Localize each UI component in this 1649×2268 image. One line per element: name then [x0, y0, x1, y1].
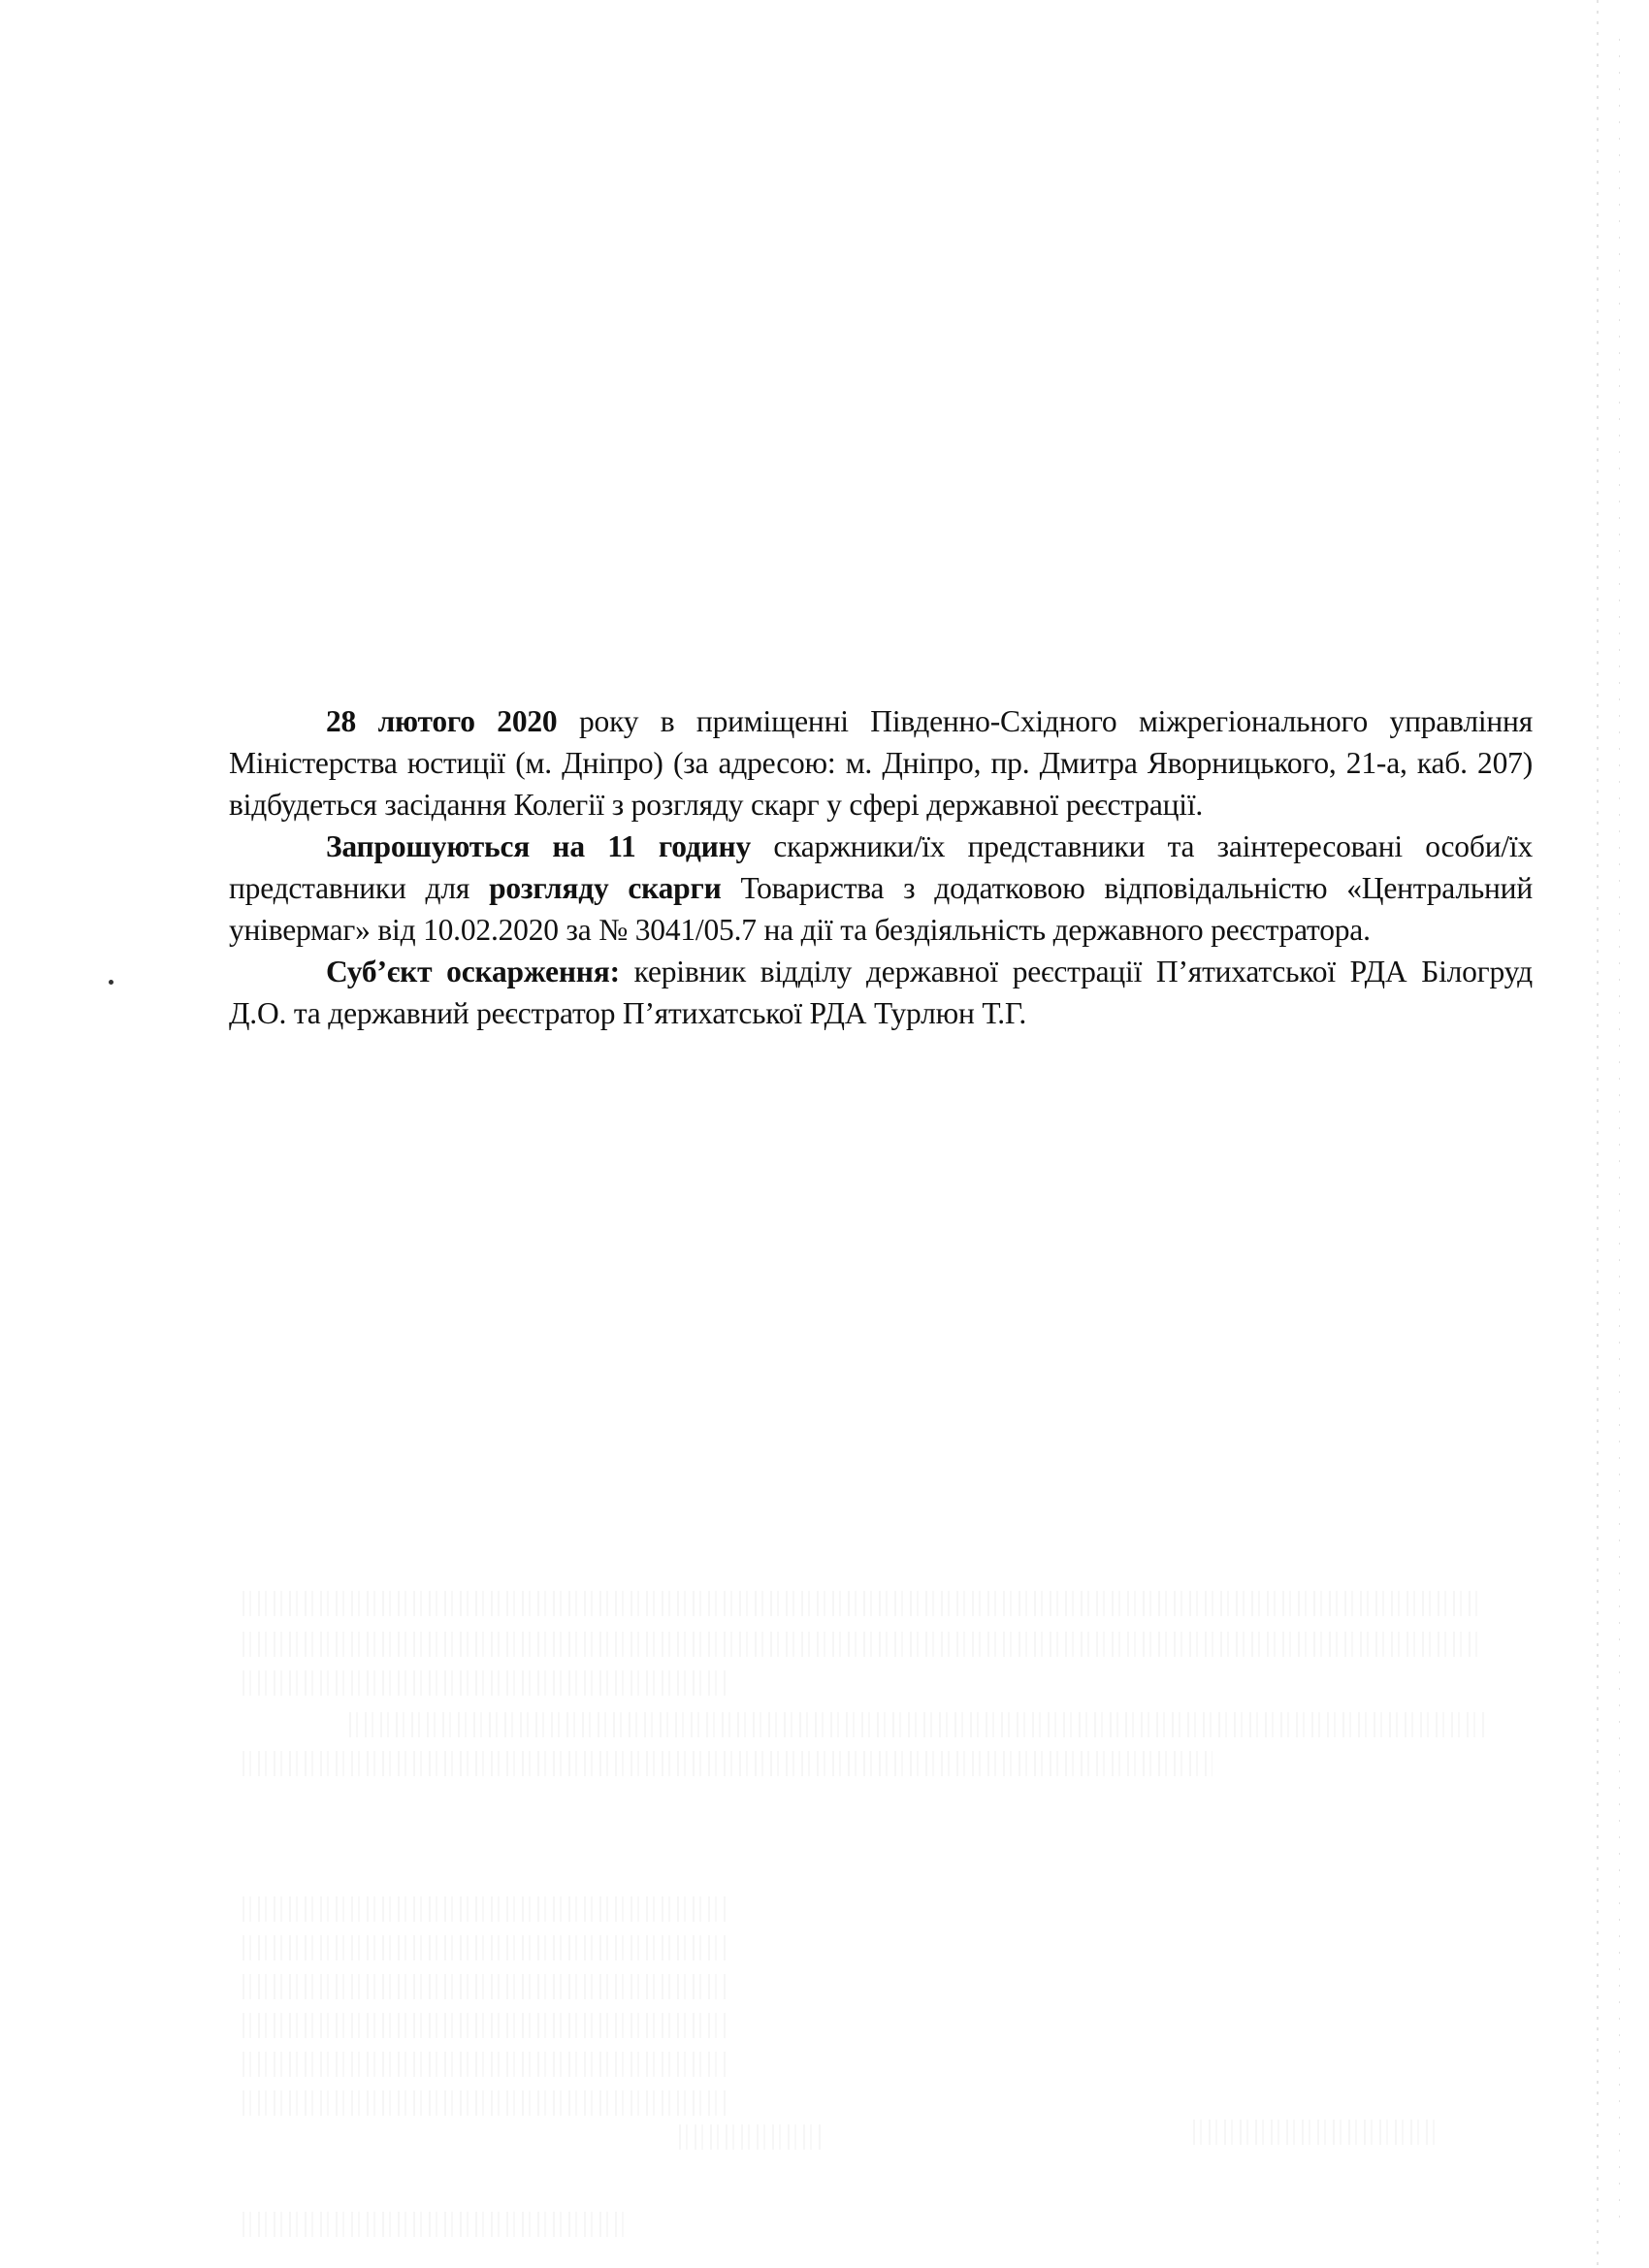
scanned-page: 28 лютого 2020 року в приміщенні Південн…	[0, 0, 1649, 2268]
paragraph-meeting-date: 28 лютого 2020 року в приміщенні Південн…	[229, 700, 1533, 826]
bleed-through-noise	[1193, 2120, 1436, 2145]
bleed-through-noise	[679, 2124, 824, 2150]
bleed-through-noise	[242, 1751, 1212, 1776]
complaint-review: розгляду скарги	[489, 871, 722, 905]
paragraph-subject: Суб’єкт оскарження: керівник відділу дер…	[229, 951, 1533, 1034]
scan-edge-artifact	[1597, 0, 1599, 2268]
bleed-through-noise	[242, 1974, 727, 1999]
bleed-through-noise	[242, 2090, 727, 2116]
meeting-date: 28 лютого 2020	[326, 704, 557, 738]
scan-speck	[109, 980, 113, 985]
bleed-through-noise	[242, 1632, 1484, 1657]
bleed-through-noise	[242, 2013, 727, 2038]
scan-edge-artifact	[1619, 39, 1620, 2221]
subject-label: Суб’єкт оскарження:	[326, 955, 620, 988]
bleed-through-noise	[242, 1896, 727, 1922]
notice-body: 28 лютого 2020 року в приміщенні Південн…	[229, 700, 1533, 1034]
bleed-through-noise	[242, 1935, 727, 1960]
paragraph-invitation: Запрошуються на 11 годину скаржники/їх п…	[229, 826, 1533, 951]
bleed-through-noise	[349, 1712, 1484, 1737]
bleed-through-noise	[242, 2052, 727, 2077]
invitation-time: Запрошуються на 11 годину	[326, 829, 751, 863]
bleed-through-noise	[242, 1670, 727, 1696]
bleed-through-noise	[242, 2212, 630, 2237]
bleed-through-noise	[242, 1591, 1484, 1616]
